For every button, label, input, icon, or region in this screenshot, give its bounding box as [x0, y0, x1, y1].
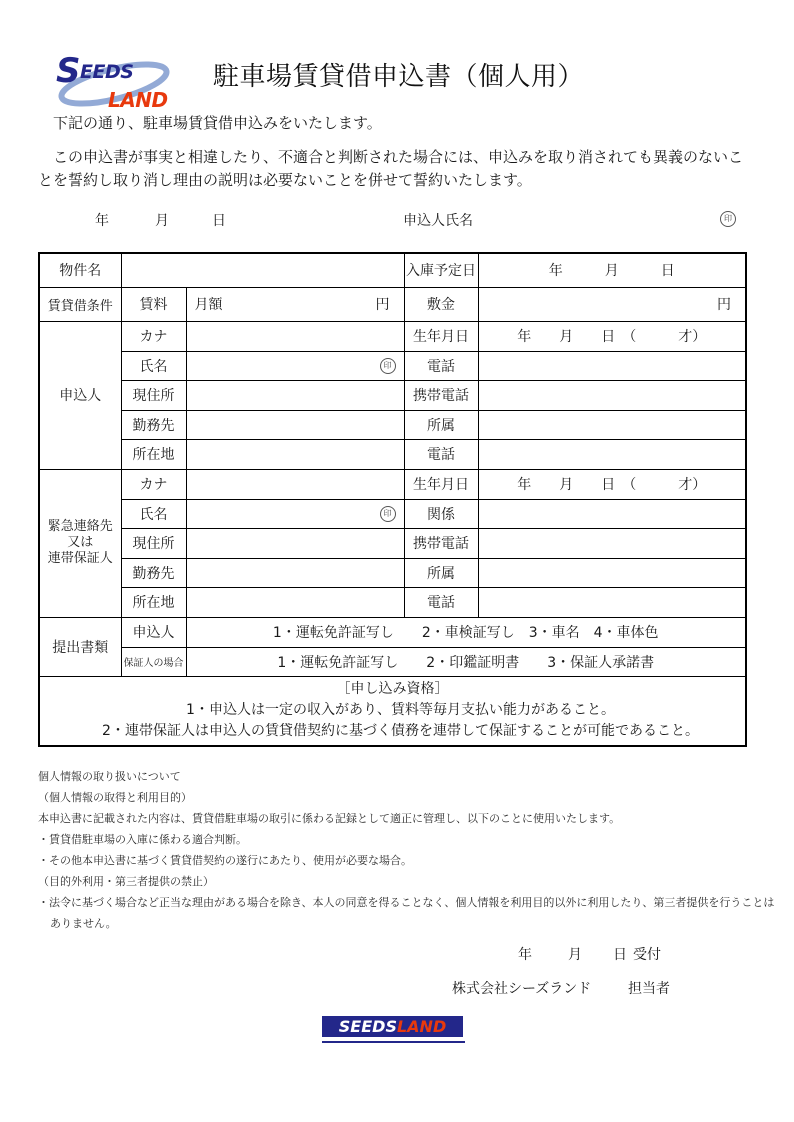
monthly-rent-cell: 月額 円: [186, 287, 404, 321]
applicant-mobile-field[interactable]: [478, 380, 746, 410]
guarantor-group-label: 緊急連絡先 又は 連帯保証人: [39, 469, 121, 617]
qualifications-header: ［申し込み資格］: [40, 679, 745, 700]
privacy-line: （個人情報の取得と利用目的）: [38, 787, 794, 808]
form-title: 駐車場賃貸借申込書（個人用）: [213, 56, 584, 93]
logo-s-letter: S: [56, 51, 80, 91]
privacy-line: ・法令に基づく場合など正当な理由がある場合を除き、本人の同意を得ることなく、個人…: [38, 892, 794, 913]
guarantor-address-label: 現住所: [121, 528, 186, 558]
guarantor-group-line: 緊急連絡先: [40, 519, 121, 535]
logo-seeds-text: SEEDS: [56, 54, 133, 88]
privacy-line: ・賃貸借駐車場の入庫に係わる適合判断。: [38, 829, 794, 850]
guarantor-mobile-label: 携帯電話: [404, 528, 478, 558]
date-day-label: 日: [212, 210, 226, 230]
application-form-page: SEEDS LAND 駐車場賃貸借申込書（個人用） 下記の通り、駐車場賃貸借申込…: [0, 0, 794, 1122]
guarantor-birthdate-field[interactable]: 年 月 日 （ 才）: [478, 469, 746, 499]
applicant-department-field[interactable]: [478, 410, 746, 439]
seal-mark-icon: 印: [720, 211, 736, 227]
guarantor-address-field[interactable]: [186, 528, 404, 558]
applicant-group-label: 申込人: [39, 321, 121, 469]
guarantor-kana-field[interactable]: [186, 469, 404, 499]
logo-land-text: LAND: [108, 88, 168, 112]
applicant-department-label: 所属: [404, 410, 478, 439]
staff-label: 担当者: [628, 978, 670, 998]
date-year-label: 年: [95, 210, 109, 230]
property-name-label: 物件名: [39, 253, 121, 287]
applicant-employer-address-field[interactable]: [186, 439, 404, 469]
deposit-label: 敷金: [404, 287, 478, 321]
applicant-address-label: 現住所: [121, 380, 186, 410]
applicant-birthdate-label: 生年月日: [404, 321, 478, 351]
privacy-title: 個人情報の取り扱いについて: [38, 766, 794, 787]
guarantor-relation-label: 関係: [404, 499, 478, 528]
footer-logo-land-text: LAND: [397, 1017, 446, 1036]
applicant-name-label: 申込人氏名: [403, 210, 473, 230]
lease-conditions-label: 賃貸借条件: [39, 287, 121, 321]
applicant-name-row-label: 氏名: [121, 351, 186, 380]
qualifications-cell: ［申し込み資格］ 1・申込人は一定の収入があり、賃料等毎月支払い能力があること。…: [39, 676, 746, 746]
applicant-employer-field[interactable]: [186, 410, 404, 439]
reception-year-label: 年: [518, 944, 532, 964]
applicant-kana-label: カナ: [121, 321, 186, 351]
privacy-notice: 個人情報の取り扱いについて （個人情報の取得と利用目的） 本申込書に記載された内…: [38, 766, 794, 934]
guarantor-relation-field[interactable]: [478, 499, 746, 528]
seal-mark-icon: 印: [380, 358, 396, 374]
guarantor-employer-label: 勤務先: [121, 558, 186, 587]
seeds-land-footer-logo: SEEDSLAND: [322, 1016, 463, 1037]
intro-text: 下記の通り、駐車場賃貸借申込みをいたします。 この申込書が事実と相違したり、不適…: [38, 112, 752, 192]
guarantor-birthdate-label: 生年月日: [404, 469, 478, 499]
applicant-name-cell: 印: [186, 351, 404, 380]
seeds-land-logo: SEEDS LAND: [50, 48, 190, 118]
guarantor-group-line: 又は: [40, 535, 121, 551]
application-date-line: 年 月 日 申込人氏名 印: [0, 210, 794, 232]
deposit-cell: 円: [478, 287, 746, 321]
guarantor-employer-field[interactable]: [186, 558, 404, 587]
applicant-kana-field[interactable]: [186, 321, 404, 351]
guarantor-name-cell: 印: [186, 499, 404, 528]
guarantor-department-label: 所属: [404, 558, 478, 587]
yen-label: 円: [376, 294, 404, 314]
reception-day-label: 日: [613, 944, 627, 964]
footer-logo-seeds-text: SEEDS: [339, 1017, 397, 1036]
guarantor-employer-address-field[interactable]: [186, 587, 404, 617]
entry-date-label: 入庫予定日: [404, 253, 478, 287]
guarantor-kana-label: カナ: [121, 469, 186, 499]
intro-line-2: この申込書が事実と相違したり、不適合と判断された場合には、申込みを取り消されても…: [38, 146, 752, 192]
guarantor-employer-address-label: 所在地: [121, 587, 186, 617]
date-month-label: 月: [155, 210, 169, 230]
documents-guarantor-label: 保証人の場合: [121, 647, 186, 676]
applicant-employer-phone-label: 電話: [404, 439, 478, 469]
intro-line-1: 下記の通り、駐車場賃貸借申込みをいたします。: [38, 112, 752, 135]
yen-label: 円: [717, 294, 745, 314]
applicant-mobile-label: 携帯電話: [404, 380, 478, 410]
footer-logo-underline: [322, 1041, 465, 1043]
applicant-employer-phone-field[interactable]: [478, 439, 746, 469]
documents-applicant-list: 1・運転免許証写し 2・車検証写し 3・車名 4・車体色: [186, 617, 746, 647]
guarantor-group-line: 連帯保証人: [40, 551, 121, 567]
reception-label: 受付: [633, 944, 661, 964]
privacy-line: ありません。: [38, 913, 794, 934]
property-name-field[interactable]: [121, 253, 404, 287]
entry-date-field[interactable]: 年 月 日: [478, 253, 746, 287]
privacy-line: （目的外利用・第三者提供の禁止）: [38, 871, 794, 892]
company-name: 株式会社シーズランド: [452, 978, 591, 998]
privacy-line: 本申込書に記載された内容は、賃貸借駐車場の取引に係わる記録として適正に管理し、以…: [38, 808, 794, 829]
applicant-birthdate-field[interactable]: 年 月 日 （ 才）: [478, 321, 746, 351]
documents-applicant-label: 申込人: [121, 617, 186, 647]
guarantor-employer-phone-label: 電話: [404, 587, 478, 617]
applicant-phone-field[interactable]: [478, 351, 746, 380]
seal-mark-icon: 印: [380, 506, 396, 522]
applicant-employer-address-label: 所在地: [121, 439, 186, 469]
applicant-employer-label: 勤務先: [121, 410, 186, 439]
application-form-table: 物件名 入庫予定日 年 月 日 賃貸借条件 賃料 月額 円 敷金 円: [38, 252, 747, 747]
reception-month-label: 月: [568, 944, 582, 964]
privacy-line: ・その他本申込書に基づく賃貸借契約の遂行にあたり、使用が必要な場合。: [38, 850, 794, 871]
documents-guarantor-list: 1・運転免許証写し 2・印鑑証明書 3・保証人承諾書: [186, 647, 746, 676]
guarantor-name-row-label: 氏名: [121, 499, 186, 528]
logo-eeds-letters: EEDS: [80, 61, 133, 83]
guarantor-employer-phone-field[interactable]: [478, 587, 746, 617]
documents-group-label: 提出書類: [39, 617, 121, 676]
monthly-label: 月額: [187, 294, 223, 314]
qualification-item: 2・連帯保証人は申込人の賃貸借契約に基づく債務を連帯して保証することが可能である…: [40, 721, 745, 742]
applicant-address-field[interactable]: [186, 380, 404, 410]
guarantor-mobile-field[interactable]: [478, 528, 746, 558]
guarantor-department-field[interactable]: [478, 558, 746, 587]
qualification-item: 1・申込人は一定の収入があり、賃料等毎月支払い能力があること。: [40, 700, 745, 721]
applicant-phone-label: 電話: [404, 351, 478, 380]
rent-label: 賃料: [121, 287, 186, 321]
